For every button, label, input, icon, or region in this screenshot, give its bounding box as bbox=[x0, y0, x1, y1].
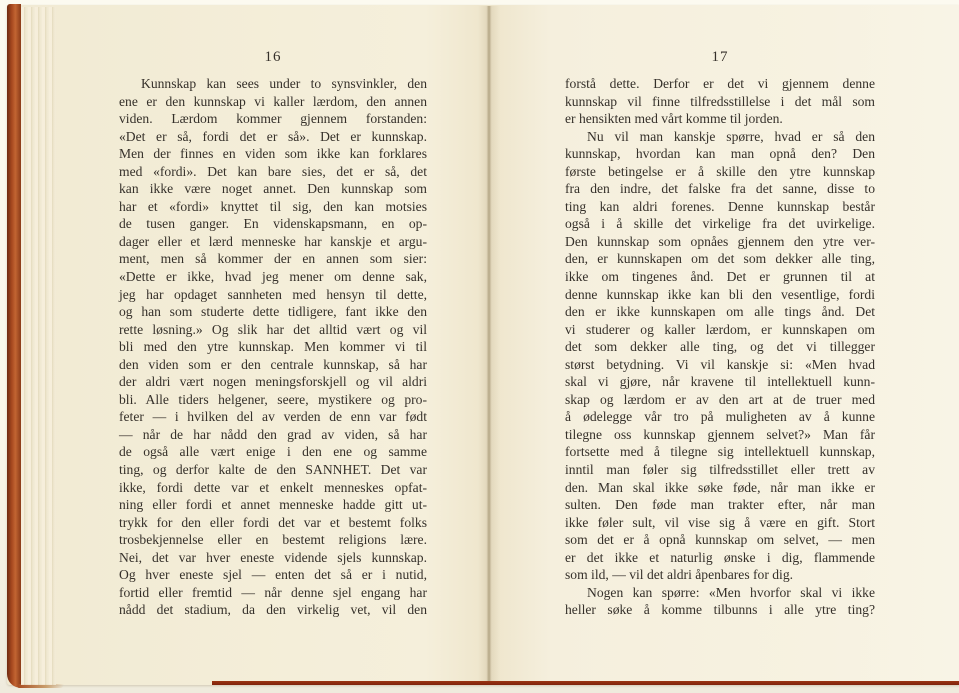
text-line: også i å skille det virkelige fra det uv… bbox=[565, 215, 875, 233]
text-line: fra den indre, det falske fra det sanne,… bbox=[565, 180, 875, 198]
text-line: ment, men så kommer der en annen som sie… bbox=[119, 250, 427, 268]
page-number-right: 17 bbox=[565, 49, 875, 67]
text-line: og han som studerte dette tidligere, fan… bbox=[119, 303, 427, 321]
text-line: kunnskap, hvordan kan man opnå den? Den bbox=[565, 145, 875, 163]
text-line: Men der finnes en viden som ikke kan for… bbox=[119, 145, 427, 163]
page-text-left: Kunnskap kan sees under to synsvinkler, … bbox=[119, 75, 427, 619]
text-line: ene er den kunnskap vi kaller lærdom, de… bbox=[119, 93, 427, 111]
text-line: denne kunnskap ikke kan bli den vesentli… bbox=[565, 286, 875, 304]
text-line: med «fordi». Det kan bare sies, det er s… bbox=[119, 163, 427, 181]
text-line: er hensikten med vårt komme til jorden. bbox=[565, 110, 875, 128]
text-line: sulten. Den føde man trakter efter, når … bbox=[565, 496, 875, 514]
text-line: feter — i hvilken del av verden de enn v… bbox=[119, 408, 427, 426]
text-line: Nogen kan spørre: «Men hvorfor skal vi i… bbox=[565, 584, 875, 602]
text-line: ting, og derfor kalte de den SANNHET. De… bbox=[119, 461, 427, 479]
text-line: trykk for den eller fordi det var et bes… bbox=[119, 514, 427, 532]
text-line: skap og lærdom er av den art at de truer… bbox=[565, 391, 875, 409]
text-line: inntil man føler sig tilfredsstillet ell… bbox=[565, 461, 875, 479]
book-bottom-edge bbox=[212, 681, 959, 685]
text-line: bli. Alle tiders helgener, seere, mystik… bbox=[119, 391, 427, 409]
text-line: fortid eller fremtid — når denne sjel en… bbox=[119, 584, 427, 602]
text-line: rette løsning.» Og slik har det alltid v… bbox=[119, 321, 427, 339]
text-line: har et «fordi» knyttet til sig, den kan … bbox=[119, 198, 427, 216]
text-line: tilegne oss kunnskap gjennem selvet?» Ma… bbox=[565, 426, 875, 444]
text-line: den, er kunnskapen om det som dekker all… bbox=[565, 250, 875, 268]
book-gutter bbox=[478, 6, 500, 683]
text-line: å ødelegge vår tro på muligheten av å ku… bbox=[565, 408, 875, 426]
text-line: ning eller fordi et annet menneske hadde… bbox=[119, 496, 427, 514]
text-line: nådd det stadium, da den virkelig vet, v… bbox=[119, 601, 427, 619]
page-number-left: 16 bbox=[119, 49, 427, 67]
text-line: skal vi gjøre, når kravene til intellekt… bbox=[565, 373, 875, 391]
text-line: bli med den ytre kunnskap. Men kommer vi… bbox=[119, 338, 427, 356]
text-line: Og hver eneste sjel — enten det så er i … bbox=[119, 566, 427, 584]
text-line: Den kunnskap som opnåes gjennem den ytre… bbox=[565, 233, 875, 251]
text-line: «Det er så, fordi det er så». Det er kun… bbox=[119, 128, 427, 146]
text-line: trosbekjennelse eller en bestemt religio… bbox=[119, 531, 427, 549]
text-line: ting kan aldri forenes. Denne kunnskap b… bbox=[565, 198, 875, 216]
text-line: er det ikke et naturlig ønske i dig, fla… bbox=[565, 549, 875, 567]
text-line: Nei, det var hver eneste vidende sjels k… bbox=[119, 549, 427, 567]
text-line: den viden som er den centrale kunnskap, … bbox=[119, 356, 427, 374]
text-line: kunnskap vil finne tilfredsstillelse i d… bbox=[565, 93, 875, 111]
text-line: ikke, fordi dette var et enkelt menneske… bbox=[119, 479, 427, 497]
text-line: første betingelse er å skille den ytre k… bbox=[565, 163, 875, 181]
text-line: som det er å opnå kunnskap om selvet, — … bbox=[565, 531, 875, 549]
text-line: fortsette med å tilegne sig intellektuel… bbox=[565, 443, 875, 461]
book-cover-edge bbox=[7, 4, 21, 688]
text-line: Kunnskap kan sees under to synsvinkler, … bbox=[119, 75, 427, 93]
text-line: Nu vil man kanskje spørre, hvad er så de… bbox=[565, 128, 875, 146]
text-line: den er ikke kunnskapen om alle tings ånd… bbox=[565, 303, 875, 321]
text-line: det som dekker alle ting, og det vi till… bbox=[565, 338, 875, 356]
text-line: størst betydning. Vi vil kanskje si: «Me… bbox=[565, 356, 875, 374]
text-line: — når de har nådd den grad av viden, så … bbox=[119, 426, 427, 444]
text-line: der aldri vært nogen meningsforskjell og… bbox=[119, 373, 427, 391]
text-line: ikke føler sult, vil vise sig å være en … bbox=[565, 514, 875, 532]
text-line: kan ikke være noget annet. Den kunnskap … bbox=[119, 180, 427, 198]
page-text-right: forstå dette. Derfor er det vi gjennem d… bbox=[565, 75, 875, 619]
text-line: den. Man skal ikke søke føde, når man ik… bbox=[565, 479, 875, 497]
text-line: heller søke å komme tilbunns i alle ytre… bbox=[565, 601, 875, 619]
text-line: de tusen ganger. En videnskapsmann, en o… bbox=[119, 215, 427, 233]
text-line: «Dette er ikke, hvad jeg mener om denne … bbox=[119, 268, 427, 286]
text-line: jeg har opdaget sannheten med hensyn til… bbox=[119, 286, 427, 304]
text-line: ikke om tingenes ånd. Det er grunnen til… bbox=[565, 268, 875, 286]
text-line: forstå dette. Derfor er det vi gjennem d… bbox=[565, 75, 875, 93]
text-line: viden. Lærdom kommer gjennem forstanden: bbox=[119, 110, 427, 128]
text-line: vi studerer og kaller lærdom, er kunnska… bbox=[565, 321, 875, 339]
text-line: dager eller et lærd menneske har kanskje… bbox=[119, 233, 427, 251]
text-line: som ild, — vil det aldri åpenbares for d… bbox=[565, 566, 875, 584]
page-edge-stack bbox=[21, 7, 56, 685]
text-line: de også alle vært enige i den ene og sam… bbox=[119, 443, 427, 461]
